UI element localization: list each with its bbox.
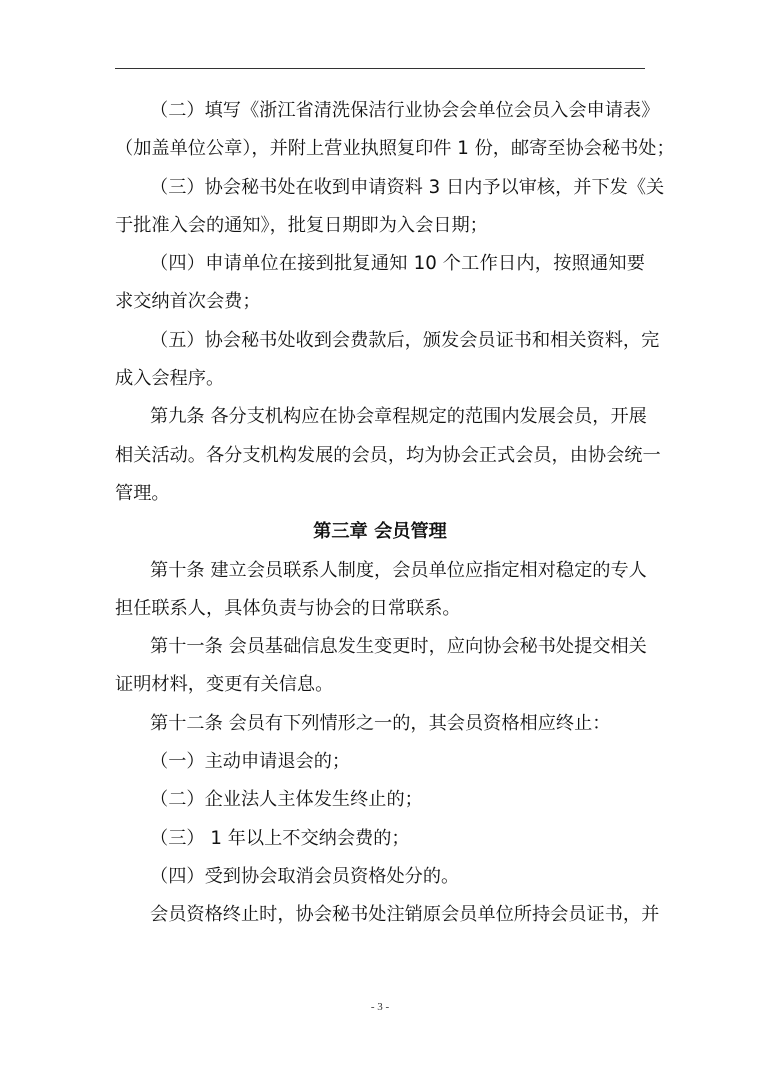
paragraph-line: （二）填写《浙江省清洗保洁行业协会会单位会员入会申请表》 [115,92,645,130]
page-number: - 3 - [0,1001,760,1013]
paragraph-line: （加盖单位公章），并附上营业执照复印件 1 份，邮寄至协会秘书处； [115,130,645,168]
list-item: （三） 1 年以上不交纳会费的； [115,820,645,858]
article-9-line: 相关活动。各分支机构发展的会员，均为协会正式会员，由协会统一 [115,437,645,475]
article-9-line: 管理。 [115,475,645,513]
article-11-line: 第十一条 会员基础信息发生变更时，应向协会秘书处提交相关 [115,628,645,666]
paragraph-line: 于批准入会的通知》，批复日期即为入会日期； [115,207,645,245]
list-item: （一）主动申请退会的； [115,743,645,781]
article-11-line: 证明材料，变更有关信息。 [115,666,645,704]
header-rule [115,68,645,69]
article-9-line: 第九条 各分支机构应在协会章程规定的范围内发展会员，开展 [115,398,645,436]
article-12-line: 第十二条 会员有下列情形之一的，其会员资格相应终止： [115,705,645,743]
list-item: （二）企业法人主体发生终止的； [115,781,645,819]
article-10-line: 第十条 建立会员联系人制度，会员单位应指定相对稳定的专人 [115,552,645,590]
chapter-heading: 第三章 会员管理 [115,513,645,551]
article-10-line: 担任联系人，具体负责与协会的日常联系。 [115,590,645,628]
paragraph-line: 成入会程序。 [115,360,645,398]
document-body: （二）填写《浙江省清洗保洁行业协会会单位会员入会申请表》 （加盖单位公章），并附… [115,92,645,935]
paragraph-line: 会员资格终止时，协会秘书处注销原会员单位所持会员证书，并 [115,896,645,934]
paragraph-line: （五）协会秘书处收到会费款后，颁发会员证书和相关资料，完 [115,322,645,360]
paragraph-line: 求交纳首次会费； [115,283,645,321]
paragraph-line: （四）申请单位在接到批复通知 10 个工作日内，按照通知要 [115,245,645,283]
paragraph-line: （三）协会秘书处在收到申请资料 3 日内予以审核，并下发《关 [115,169,645,207]
list-item: （四）受到协会取消会员资格处分的。 [115,858,645,896]
